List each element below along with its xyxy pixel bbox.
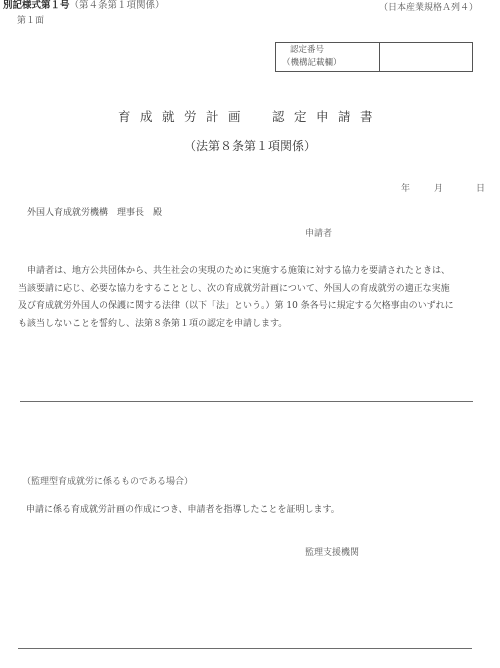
declaration-line: も該当しないことを誓約し、法第８条第１項の認定を申請します。: [18, 316, 478, 334]
document-title: 育成就労計画 認定申請書: [0, 107, 500, 125]
applicant-label: 申請者: [305, 226, 332, 239]
certification-number-box: 認定番号 （機構記載欄）: [275, 42, 473, 72]
bottom-divider: [18, 648, 472, 649]
page-label: 第１面: [17, 13, 44, 26]
certification-label-line1: 認定番号: [282, 44, 379, 57]
date-month-label: 月: [434, 181, 443, 194]
supervised-section-note: （監理型育成就労に係るものである場合）: [22, 474, 193, 487]
declaration-line: 申請者は、地方公共団体から、共生社会の実現のために実施する施策に対する協力を要請…: [18, 263, 478, 281]
certification-number-field[interactable]: [380, 43, 472, 71]
addressee: 外国人育成就労機構 理事長 殿: [27, 205, 162, 218]
date-day-label: 日: [476, 181, 485, 194]
supervising-organization-label: 監理支援機関: [305, 545, 359, 558]
paper-size-note: （日本産業規格Ａ列４）: [379, 0, 478, 13]
declaration-paragraph: 申請者は、地方公共団体から、共生社会の実現のために実施する施策に対する協力を要請…: [18, 263, 478, 333]
section-divider: [20, 401, 473, 402]
document-subtitle: （法第８条第１項関係）: [0, 137, 500, 154]
certification-number-label: 認定番号 （機構記載欄）: [276, 43, 380, 71]
declaration-line: 当該要請に応じ、必要な協力をすることとし、次の育成就労計画について、外国人の育成…: [18, 281, 478, 299]
declaration-line: 及び育成就労外国人の保護に関する法律（以下「法」という。）第 10 条各号に規定…: [18, 298, 478, 316]
certification-label-line2: （機構記載欄）: [282, 57, 379, 70]
form-number: 別記様式第１号: [3, 0, 70, 11]
date-year-label: 年: [401, 181, 410, 194]
form-id: 別記様式第１号（第４条第１項関係）: [3, 0, 165, 12]
form-reference: （第４条第１項関係）: [70, 0, 165, 11]
supervised-section-statement: 申請に係る育成就労計画の作成につき、申請者を指導したことを証明します。: [26, 502, 340, 515]
